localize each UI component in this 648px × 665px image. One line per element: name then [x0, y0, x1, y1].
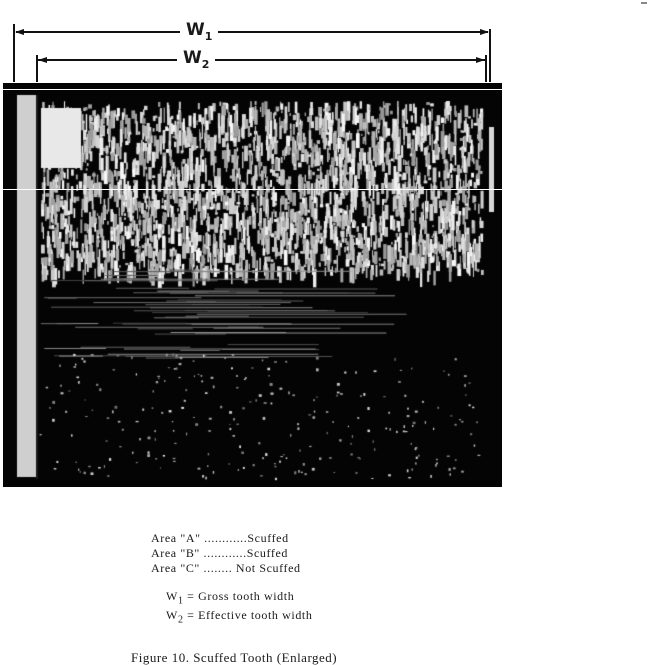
figure-caption: Figure 10. Scuffed Tooth (Enlarged) [131, 650, 337, 665]
width-legend: W1 = Gross tooth width W2 = Effective to… [166, 589, 312, 628]
w1-label: W1 [180, 21, 218, 46]
scuffed-tooth-photo [3, 83, 502, 487]
arrow-right-icon [480, 29, 489, 35]
area-legend: Area "A" ............Scuffed Area "B" ..… [151, 531, 301, 576]
legend-area-a: Area "A" ............Scuffed [151, 531, 301, 546]
w1-line [16, 31, 488, 33]
w2-label: W2 [177, 49, 215, 74]
w2-right-extension-line [485, 55, 487, 82]
w2-line [37, 59, 485, 61]
arrow-left-icon [15, 29, 24, 35]
legend-w1: W1 = Gross tooth width [166, 589, 312, 608]
page-corner-mark [641, 2, 647, 4]
legend-area-c: Area "C" ........ Not Scuffed [151, 561, 301, 576]
legend-area-b: Area "B" ............Scuffed [151, 546, 301, 561]
scan-artifact-line [0, 189, 648, 190]
arrow-left-icon [38, 57, 47, 63]
scan-artifact-line [0, 89, 648, 90]
w1-right-extension-line [489, 29, 491, 82]
arrow-right-icon [476, 57, 485, 63]
legend-w2: W2 = Effective tooth width [166, 608, 312, 627]
